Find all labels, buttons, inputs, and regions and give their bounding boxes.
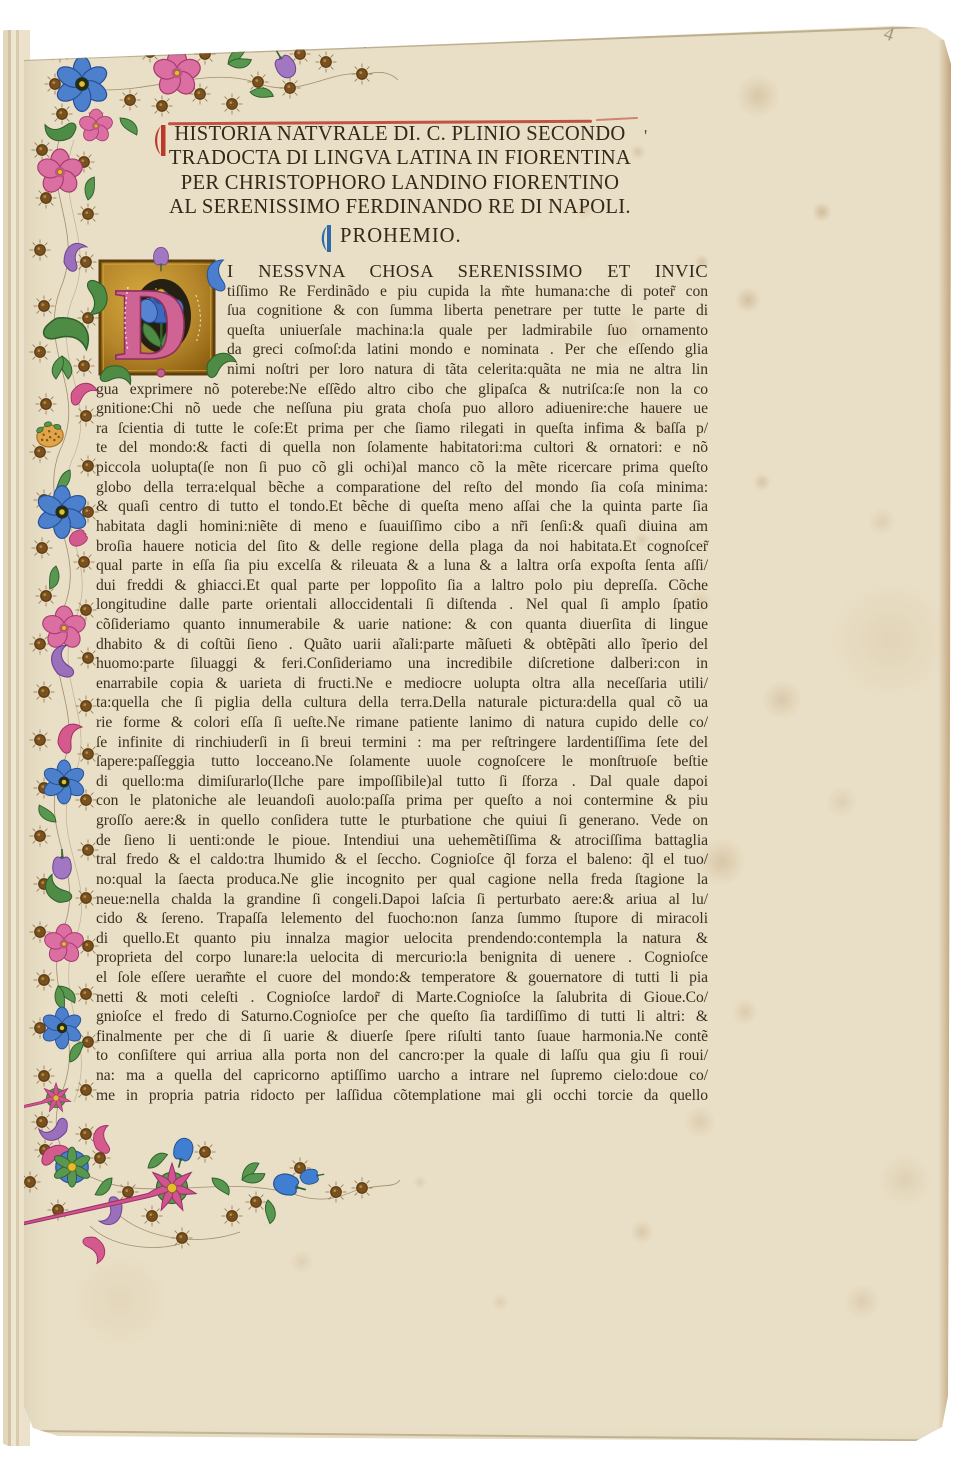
text-line: dhabito & di coſtũi ſieno . Quãto uarii … — [96, 635, 708, 655]
title-apostrophe: ' — [644, 126, 647, 147]
text-line: neue:nella chalda la grandine ſi congeli… — [96, 890, 708, 910]
text-line: ſapere:paſſeggia tutto locceano.Ne ſolam… — [96, 752, 708, 772]
text-line: de ſieno li uenti:onde le pioue. Intendi… — [96, 831, 708, 851]
text-line: con le platoniche ale leuandoſi auolo:pa… — [96, 791, 708, 811]
text-line: ra ſcientia di tutte le coſe:Et prima pe… — [96, 419, 708, 439]
text-line: broſia hauere noticia del ſito & delle r… — [96, 537, 708, 557]
text-line: tral fredo & el caldo:tra lhumido & el ſ… — [96, 850, 708, 870]
text-line: globo della terra:elqual bẽche a compara… — [96, 478, 708, 498]
initial-letter: D — [114, 267, 189, 382]
text-line: ta:quella che ſi piglia della cultura de… — [96, 693, 708, 713]
text-line: & quaſi centro di tutto el tondo.Et bẽch… — [96, 497, 708, 517]
rubric-overline-tail — [596, 117, 638, 121]
text-line: di quello.Et quanto piu innalza magior u… — [96, 929, 708, 949]
text-line: te del mondo:& facti di quella non ſolam… — [96, 438, 708, 458]
text-line: enarrabile copia & uarieta di fructi.Ne … — [96, 674, 708, 694]
text-line: habitata dagli homini:niẽte di meno e ſu… — [96, 517, 708, 537]
text-lines-full: gua exprimere nõ poterebe:Ne eſſẽdo altr… — [96, 380, 708, 1106]
pilcrow-blue-icon — [318, 224, 333, 253]
text-line: dui freddi & ghiacci.Et qual parte per l… — [96, 576, 708, 596]
text-line: me in propria patria ridocto per laſſidu… — [96, 1086, 708, 1106]
text-line: gnioſce el fredo di Saturno.Cognioſce pe… — [96, 1007, 708, 1027]
text-line: cido & ſereno. Trapaſſa lelemento del fu… — [96, 909, 708, 929]
title-line: AL SERENISSIMO FERDINANDO RE DI NAPOLI. — [150, 195, 650, 219]
text-line: piccola uolupta(ſe non ſi puo cõ gli och… — [96, 458, 708, 478]
title-line: PER CHRISTOPHORO LANDINO FIORENTINO — [150, 171, 650, 195]
text-line: cõſideriamo quanto innumerabile & uarie … — [96, 615, 708, 635]
photo-stage: HISTORIA NATVRALE DI. C. PLINIO SECONDOT… — [0, 0, 970, 1459]
section-heading: PROHEMIO. — [340, 223, 462, 249]
title-block: HISTORIA NATVRALE DI. C. PLINIO SECONDOT… — [150, 122, 650, 220]
text-line: rie forme & colori eſſa ſi ueſte.Ne rima… — [96, 713, 708, 733]
page-edge-bottom — [33, 1430, 923, 1441]
text-line: proprieta del corpo lunare:la uelocita d… — [96, 948, 708, 968]
text-line: na: ma a quella del capricorno aptiſſimo… — [96, 1066, 708, 1086]
illuminated-initial: D — [96, 262, 227, 379]
text-line: gua exprimere nõ poterebe:Ne eſſẽdo altr… — [96, 380, 708, 400]
text-line: finalmente per che di ſi uarie & diuerſe… — [96, 1027, 708, 1047]
page-edge-right — [938, 40, 951, 1435]
text-line: to conſiſtere qui arriua alla porta non … — [96, 1046, 708, 1066]
section-heading-row: PROHEMIO. — [318, 223, 462, 253]
text-line: qual parte in eſſa ſia piu excelſa & ril… — [96, 556, 708, 576]
text-block: D I NESSVNA CHOSA SERENISSIMO ET INVIC t… — [96, 262, 708, 1105]
text-line: groſſo aere:& in quello conſidera tutte … — [96, 811, 708, 831]
text-line: no:qual la ſaecta produca.Ne glie incogn… — [96, 870, 708, 890]
text-line: ſe infinite di rinchiuderſi in ſi breui … — [96, 733, 708, 753]
text-line: di quello:ma dimiſurarlo(Ilche pare impo… — [96, 772, 708, 792]
text-line: longitudine dalle parte orientali allocc… — [96, 595, 708, 615]
text-line: huomo:parte ſiluaggi & feri.Conſideriamo… — [96, 654, 708, 674]
text-line: el ſole eſſere ueram̃te el cuore del mon… — [96, 968, 708, 988]
title-line: HISTORIA NATVRALE DI. C. PLINIO SECONDO — [150, 122, 650, 146]
title-line: TRADOCTA DI LINGVA LATINA IN FIORENTINA — [150, 146, 650, 170]
page-edge-top — [24, 26, 923, 61]
text-line: gnitione:Chi nõ uede che neſſuna piu gra… — [96, 399, 708, 419]
book-page: HISTORIA NATVRALE DI. C. PLINIO SECONDOT… — [0, 0, 970, 1459]
text-line: netti & moti celeſti . Cognioſce lardor̃… — [96, 988, 708, 1008]
